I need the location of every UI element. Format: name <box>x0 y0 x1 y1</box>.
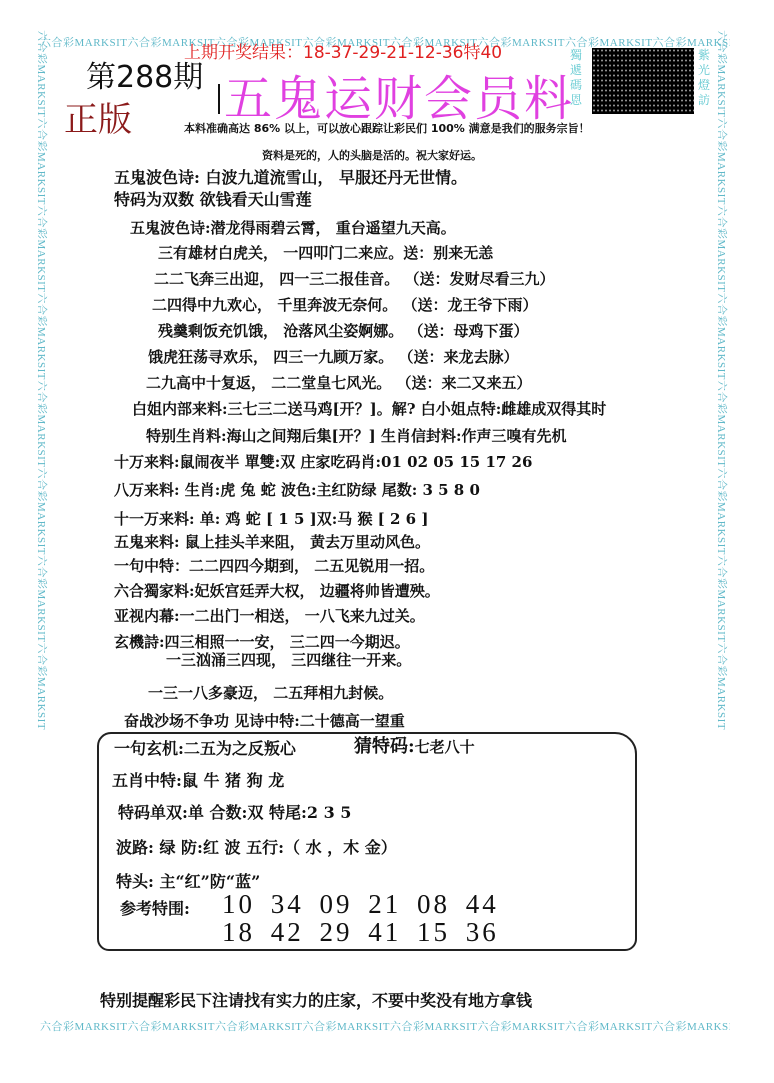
title-divider <box>218 84 220 114</box>
battle-line: 奋战沙场不争功 见诗中特:二十德高一望重 <box>124 710 405 731</box>
page-title: 五鬼运财会员料 <box>224 60 574 129</box>
side-tag-right: 紫 光 燈 訪 <box>697 48 711 108</box>
poem-line-2: 五鬼波色诗:潜龙得雨碧云霄， 重台遥望九天高。 <box>130 217 456 238</box>
side-tag-left: 獨 遞 碼 恩 <box>569 48 583 108</box>
verse-line: 二四得中九欢心， 千里奔波无奈何。 （送：龙王爷下雨） <box>152 294 537 315</box>
watermark-right: 六合彩MARKSIT六合彩MARKSIT六合彩MARKSIT六合彩MARKSIT… <box>718 30 732 1030</box>
edition-label: 正版 <box>64 92 132 141</box>
110k-line: 十一万来料: 单: 鸡 蛇 [ 1 5 ]双:马 猴 [ 2 6 ] <box>114 508 428 529</box>
reference-numbers-row-2: 18 42 29 41 15 36 <box>222 917 499 948</box>
verse-line: 一三一八多豪迈， 二五拜相九封候。 <box>148 682 393 703</box>
special-zodiac-line: 特别生肖料:海山之间翔后集[开？] 生肖信封料:作声三嗅有先机 <box>146 425 567 446</box>
verse-line: 残羹剩饭充饥饿， 沧落风尘姿婀娜。 （送：母鸡下蛋） <box>158 320 528 341</box>
one-sentence-line: 一句中特：二二四四今期到， 二五见锐用一招。 <box>114 555 434 576</box>
riddle: 一句玄机:二五为之反叛心 <box>114 736 296 759</box>
guess-code: 猜特码:七老八十 <box>354 732 475 758</box>
five-ghost-line: 五鬼来料: 鼠上挂头羊来阻， 黄去万里动风色。 <box>114 531 430 552</box>
odd-even-hint: 特码为双数 欲钱看天山雪莲 <box>114 187 312 210</box>
motto: 资料是死的，人的头脑是活的。祝大家好运。 <box>262 147 482 163</box>
80k-line: 八万来料: 生肖:虎 兔 蛇 波色:主红防绿 尾数: 3 5 8 0 <box>114 479 480 500</box>
100k-line: 十万来料:鼠闹夜半 單雙:双 庄家吃码肖:01 02 05 15 17 26 <box>114 451 532 472</box>
accuracy-notice: 本料准确高达 86% 以上，可以放心跟踪让彩民们 100% 满意是我们的服务宗旨… <box>184 120 590 136</box>
watermark-bottom: 六合彩MARKSIT六合彩MARKSIT六合彩MARKSIT六合彩MARKSIT… <box>40 1018 730 1032</box>
atv-inside-line: 亚视内幕:一二出门一相送， 一八飞来九过关。 <box>114 605 425 626</box>
exclusive-line: 六合獨家料:妃妖宫廷弄大权， 边疆将帅皆遭殃。 <box>114 580 440 601</box>
wave-elements: 波路: 绿 防:红 波 五行:（ 水 ，木 金） <box>116 835 397 858</box>
qr-code-icon <box>592 48 694 114</box>
verse-line: 二二飞奔三出迎， 四一三二报佳音。 （送：发财尽看三九） <box>154 268 554 289</box>
odd-even-tail: 特码单双:单 合数:双 特尾:2 3 5 <box>118 800 351 823</box>
verse-line: 饿虎狂荡寻欢乐， 四三一九顾万家。 （送：来龙去脉） <box>148 346 518 367</box>
baijie-inside-line: 白姐内部来料:三七三二送马鸡[开？]。解? 白小姐点特:雌雄成双得其时 <box>132 398 606 419</box>
poem-line-1: 五鬼波色诗: 白波九道流雪山， 早服还丹无世情。 <box>114 165 467 188</box>
reference-numbers-row-1: 10 34 09 21 08 44 <box>222 889 499 920</box>
five-zodiac: 五肖中特:鼠 牛 猪 狗 龙 <box>112 768 284 791</box>
mystic-poem-line-2: 一三汹涌三四现， 三四继往一开来。 <box>166 649 411 670</box>
reference-label: 参考特围: <box>120 896 190 919</box>
watermark-left: 六合彩MARKSIT六合彩MARKSIT六合彩MARKSIT六合彩MARKSIT… <box>38 30 52 1030</box>
footer-reminder: 特别提醒彩民下注请找有实力的庄家，不要中奖没有地方拿钱 <box>100 988 532 1011</box>
verse-line: 二九高中十复返， 二二堂皇七风光。 （送：来二又来五） <box>146 372 531 393</box>
verse-line: 三有雄材白虎关， 一四叩门二来应。送：别来无恙 <box>158 242 493 263</box>
